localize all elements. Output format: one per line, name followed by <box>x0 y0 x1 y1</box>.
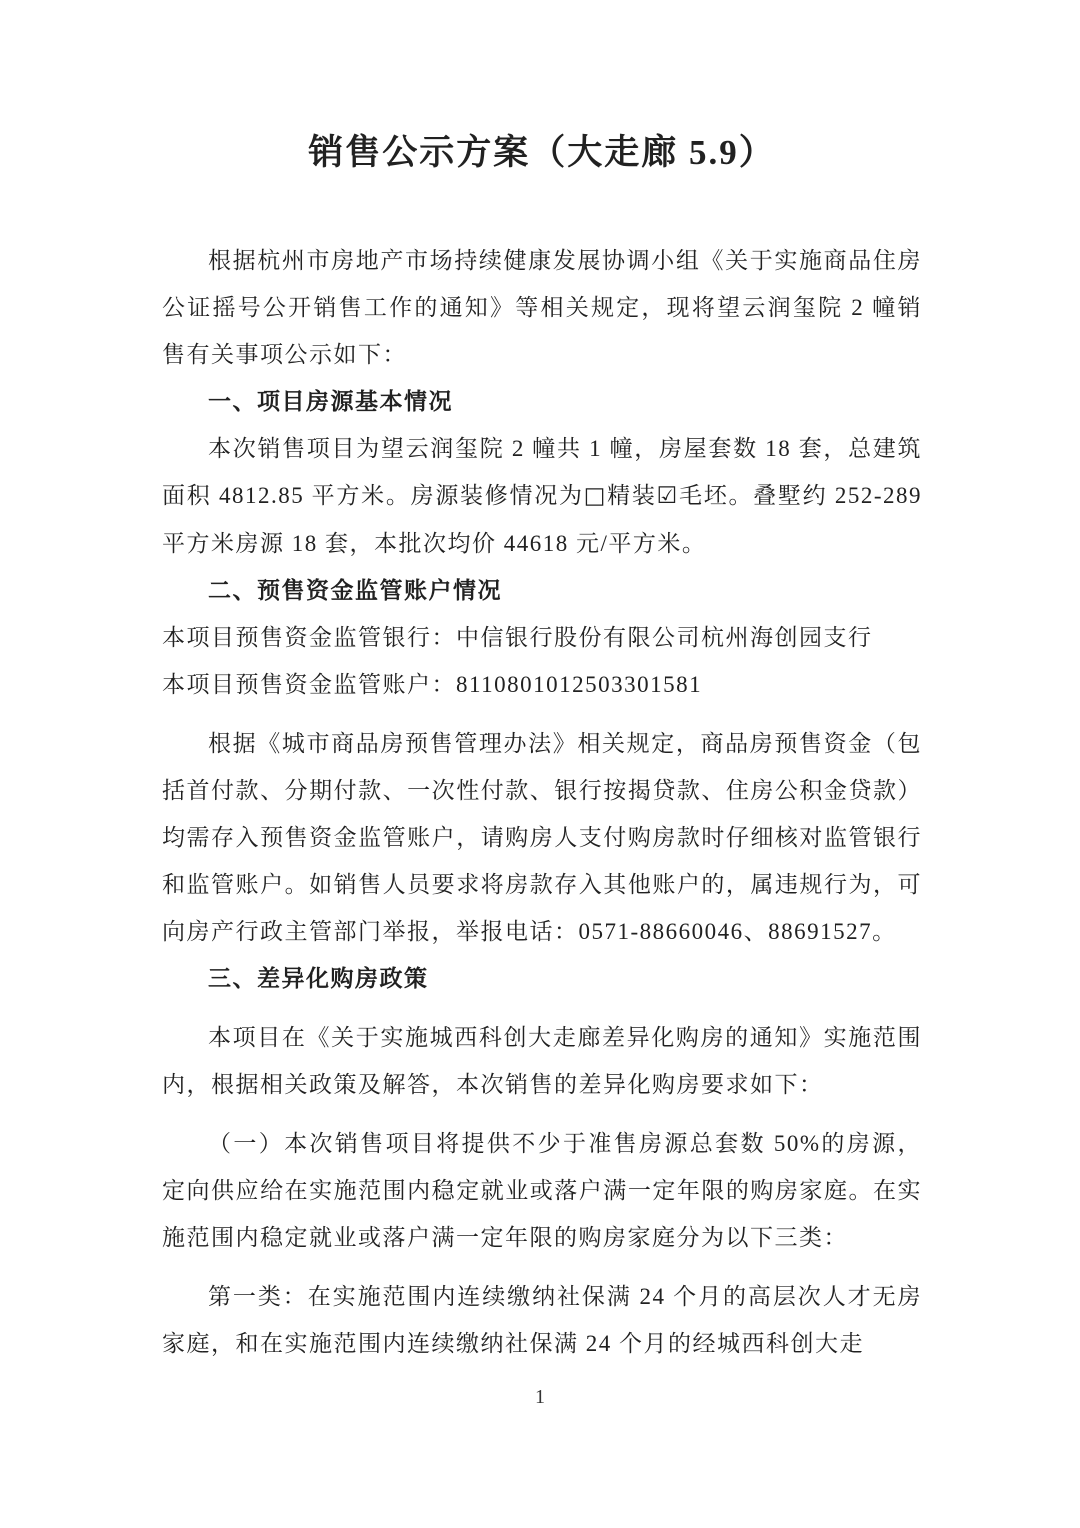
section1-heading: 一、项目房源基本情况 <box>162 378 922 425</box>
section1-body: 本次销售项目为望云润玺院 2 幢共 1 幢，房屋套数 18 套，总建筑面积 48… <box>162 425 922 567</box>
document-title: 销售公示方案（大走廊 5.9） <box>162 128 922 177</box>
section3-paragraph-3: 第一类：在实施范围内连续缴纳社保满 24 个月的高层次人才无房家庭，和在实施范围… <box>162 1273 922 1367</box>
supervision-account-line: 本项目预售资金监管账户：8110801012503301581 <box>162 661 922 708</box>
checked-checkbox-icon: ☑ <box>657 483 679 509</box>
supervision-bank-line: 本项目预售资金监管银行：中信银行股份有限公司杭州海创园支行 <box>162 614 922 661</box>
section3-paragraph-1: 本项目在《关于实施城西科创大走廊差异化购房的通知》实施范围内，根据相关政策及解答… <box>162 1014 922 1108</box>
decoration-option-label: 精装 <box>607 483 656 508</box>
intro-paragraph: 根据杭州市房地产市场持续健康发展协调小组《关于实施商品住房公证摇号公开销售工作的… <box>162 237 922 378</box>
page-number: 1 <box>0 1386 1080 1409</box>
document-page: 销售公示方案（大走廊 5.9） 根据杭州市房地产市场持续健康发展协调小组《关于实… <box>0 0 1080 1528</box>
section3-paragraph-2: （一）本次销售项目将提供不少于准售房源总套数 50%的房源，定向供应给在实施范围… <box>162 1120 922 1261</box>
unchecked-checkbox-icon: □ <box>584 483 607 509</box>
section2-heading: 二、预售资金监管账户情况 <box>162 567 922 614</box>
section3-heading: 三、差异化购房政策 <box>162 955 922 1002</box>
presale-funds-notice: 根据《城市商品房预售管理办法》相关规定，商品房预售资金（包括首付款、分期付款、一… <box>162 720 922 955</box>
